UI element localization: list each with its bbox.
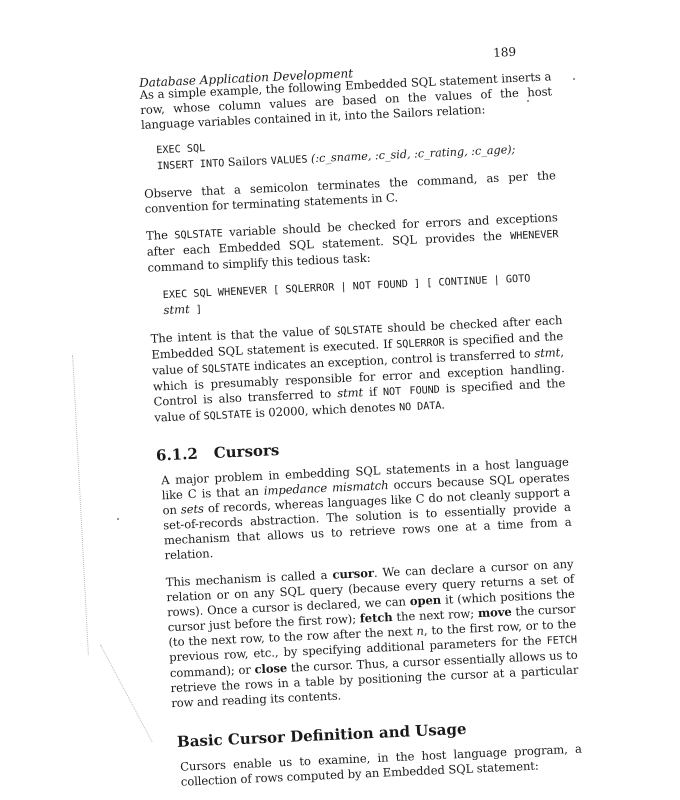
paragraph-impedance: A major problem in embedding SQL stateme… bbox=[161, 455, 573, 563]
term: cursor bbox=[332, 566, 374, 582]
code-keyword: NOT FOUND bbox=[383, 385, 440, 399]
code-text: Sailors bbox=[224, 154, 271, 169]
scan-edge-artifact bbox=[100, 644, 153, 742]
code-keyword: SQLSTATE bbox=[203, 409, 252, 422]
code-var: stmt bbox=[534, 345, 560, 360]
code-keyword: WHENEVER bbox=[510, 229, 559, 242]
code-insert-example: EXEC SQL INSERT INTO Sailors VALUES (:c_… bbox=[156, 126, 555, 174]
code-keyword: INSERT INTO bbox=[157, 158, 225, 172]
term: move bbox=[478, 605, 512, 621]
code-keyword: SQLSTATE bbox=[202, 362, 251, 375]
code-keyword: VALUES bbox=[270, 154, 307, 167]
scan-speck bbox=[117, 518, 119, 520]
code-keyword: SQLERROR bbox=[396, 337, 445, 350]
term: open bbox=[410, 593, 442, 608]
code-keyword: NO DATA bbox=[399, 401, 442, 414]
paragraph-intent: The intent is that the value of SQLSTATE… bbox=[150, 313, 566, 427]
paragraph-cursor-usage: Cursors enable us to examine, in the hos… bbox=[180, 742, 583, 790]
code-keyword: SQLSTATE bbox=[174, 228, 223, 241]
section-number: 6.1.2 bbox=[156, 445, 199, 465]
code-var: stmt bbox=[337, 385, 363, 400]
code-whenever: EXEC SQL WHENEVER [ SQLERROR | NOT FOUND… bbox=[162, 269, 561, 319]
code-keyword: SQLSTATE bbox=[334, 324, 383, 337]
code-line: ] bbox=[190, 304, 203, 316]
page-number: 189 bbox=[493, 45, 517, 61]
emphasis: sets bbox=[181, 501, 205, 516]
book-page: Database Application Development 189 As … bbox=[138, 39, 583, 800]
code-keyword: FETCH bbox=[546, 635, 577, 647]
section-title: Cursors bbox=[213, 441, 279, 462]
text: . bbox=[441, 397, 445, 411]
scan-speck bbox=[573, 78, 575, 80]
paragraph-cursor-mechanism: This mechanism is called a cursor. We ca… bbox=[165, 557, 579, 711]
term: fetch bbox=[360, 610, 393, 625]
code-var: stmt bbox=[163, 302, 190, 317]
paragraph-sqlstate: The SQLSTATE variable should be checked … bbox=[146, 210, 560, 276]
term: close bbox=[254, 661, 287, 676]
text: The bbox=[146, 228, 175, 243]
text: if bbox=[363, 384, 384, 399]
paragraph-semicolon: Observe that a semicolon terminates the … bbox=[144, 168, 557, 217]
scan-edge-artifact bbox=[72, 355, 90, 655]
code-line: EXEC SQL WHENEVER [ SQLERROR | NOT FOUND… bbox=[163, 273, 531, 301]
